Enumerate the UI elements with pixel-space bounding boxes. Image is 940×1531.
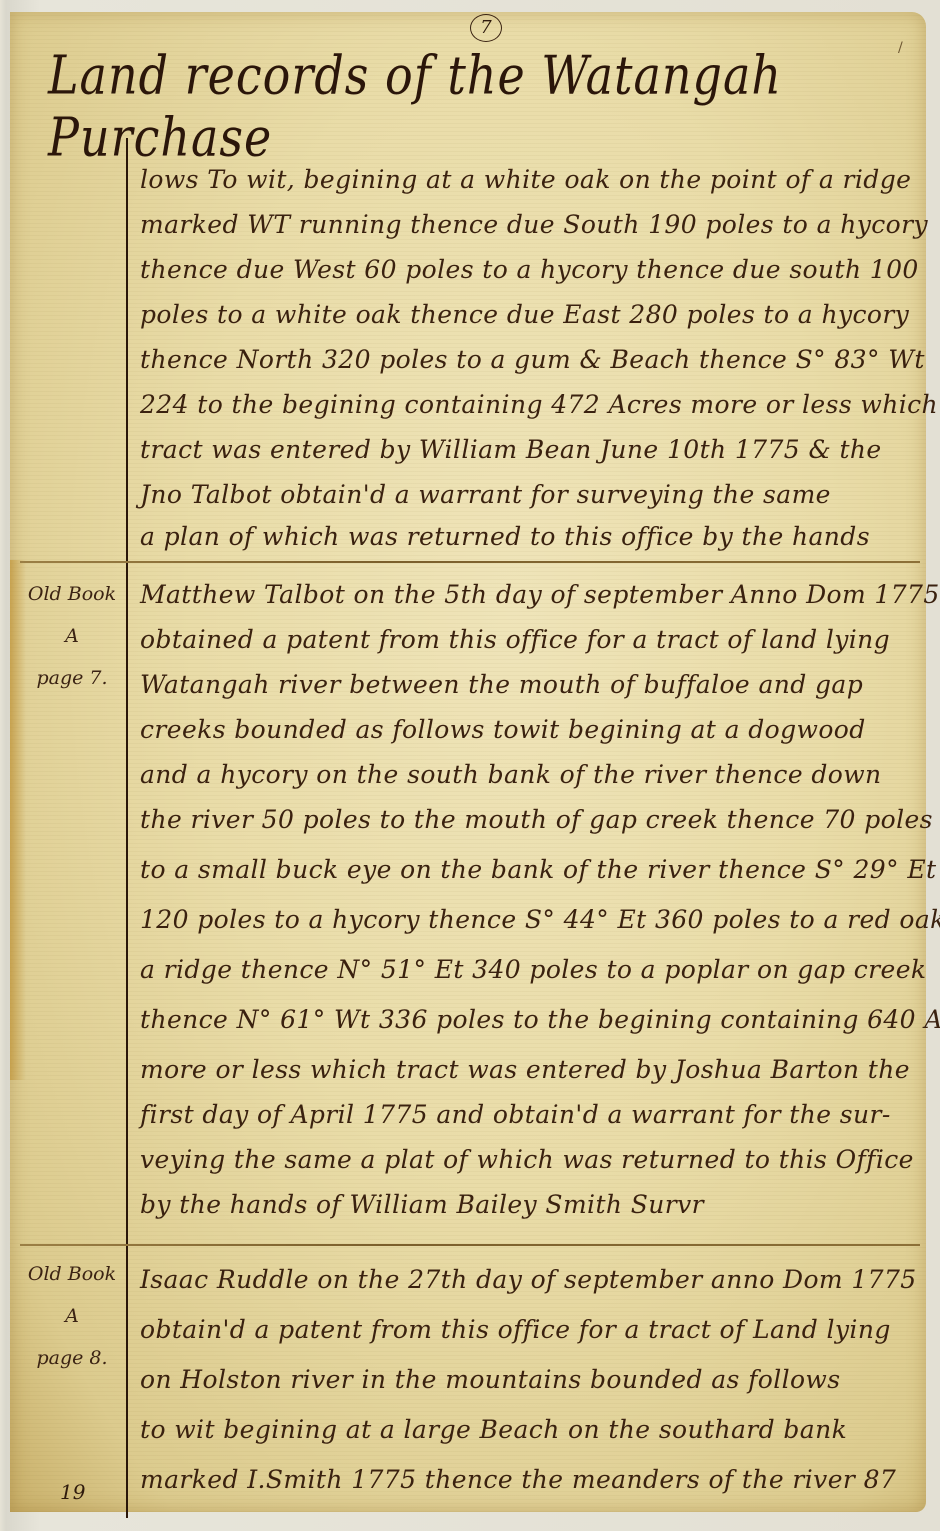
text-line: to a small buck eye on the bank of the r…: [140, 855, 930, 884]
entry-divider: [20, 561, 920, 563]
entry-divider: [20, 1244, 920, 1246]
page-number: 7: [470, 14, 502, 42]
text-line: to wit begining at a large Beach on the …: [140, 1415, 930, 1444]
text-line: lows To wit, begining at a white oak on …: [140, 165, 930, 194]
text-line: a plan of which was returned to this off…: [140, 522, 930, 551]
text-line: poles to a white oak thence due East 280…: [140, 300, 930, 329]
text-line: tract was entered by William Bean June 1…: [140, 435, 930, 464]
text-line: Watangah river between the mouth of buff…: [140, 670, 930, 699]
text-line: marked WT running thence due South 190 p…: [140, 210, 930, 239]
margin-note: Old Book A page 7.: [20, 575, 124, 697]
text-line: obtain'd a patent from this office for a…: [140, 1315, 930, 1344]
text-line: Matthew Talbot on the 5th day of septemb…: [140, 580, 930, 609]
text-line: veying the same a plat of which was retu…: [140, 1145, 930, 1174]
text-line: 224 to the begining containing 472 Acres…: [140, 390, 930, 419]
margin-note-book: Old Book: [20, 1255, 124, 1293]
text-line: marked I.Smith 1775 thence the meanders …: [140, 1465, 930, 1494]
margin-note-page: page 8.: [20, 1339, 124, 1377]
text-line: 120 poles to a hycory thence S° 44° Et 3…: [140, 905, 930, 934]
text-line: Isaac Ruddle on the 27th day of septembe…: [140, 1265, 930, 1294]
margin-note-book: Old Book: [20, 575, 124, 613]
text-line: a ridge thence N° 51° Et 340 poles to a …: [140, 955, 930, 984]
margin-note-volume: A: [20, 1297, 124, 1335]
text-line: thence North 320 poles to a gum & Beach …: [140, 345, 930, 374]
text-line: Jno Talbot obtain'd a warrant for survey…: [140, 480, 930, 509]
text-line: the river 50 poles to the mouth of gap c…: [140, 805, 930, 834]
page-title: Land records of the Watangah Purchase: [48, 44, 908, 168]
text-line: first day of April 1775 and obtain'd a w…: [140, 1100, 930, 1129]
margin-note-page: page 7.: [20, 659, 124, 697]
text-line: thence N° 61° Wt 336 poles to the begini…: [140, 1005, 930, 1034]
text-line: more or less which tract was entered by …: [140, 1055, 930, 1084]
margin-rule: [126, 138, 128, 1518]
text-line: thence due West 60 poles to a hycory the…: [140, 255, 930, 284]
text-line: obtained a patent from this office for a…: [140, 625, 930, 654]
text-line: and a hycory on the south bank of the ri…: [140, 760, 930, 789]
text-line: creeks bounded as follows towit begining…: [140, 715, 930, 744]
text-line: on Holston river in the mountains bounde…: [140, 1365, 930, 1394]
margin-note: Old Book A page 8.: [20, 1255, 124, 1377]
margin-note-volume: A: [20, 617, 124, 655]
folio-number: 19: [60, 1480, 85, 1504]
text-line: by the hands of William Bailey Smith Sur…: [140, 1190, 930, 1219]
